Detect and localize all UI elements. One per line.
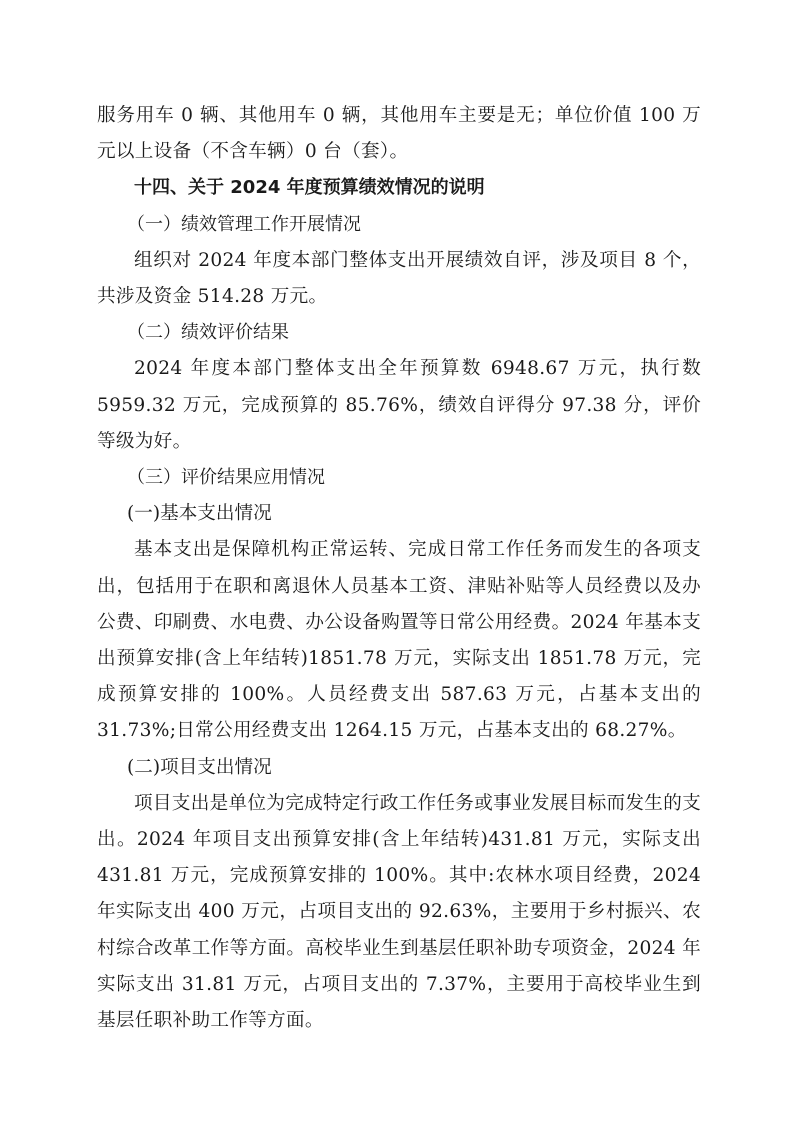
subheading-performance-management: （一）绩效管理工作开展情况 [97, 207, 701, 243]
paragraph-project-expenditure: 项目支出是单位为完成特定行政工作任务或事业发展目标而发生的支出。2024 年项目… [97, 786, 701, 1039]
subheading-project-expenditure: (二)项目支出情况 [97, 750, 701, 786]
paragraph-evaluation-results: 2024 年度本部门整体支出全年预算数 6948.67 万元，执行数 5959.… [97, 351, 701, 460]
paragraph-performance-management: 组织对 2024 年度本部门整体支出开展绩效自评，涉及项目 8 个，共涉及资金 … [97, 243, 701, 315]
section-heading-14: 十四、关于 2024 年度预算绩效情况的说明 [97, 170, 701, 206]
subheading-results-application: （三）评价结果应用情况 [97, 460, 701, 496]
subheading-basic-expenditure: (一)基本支出情况 [97, 496, 701, 532]
paragraph-vehicles-equipment: 服务用车 0 辆、其他用车 0 辆，其他用车主要是无；单位价值 100 万元以上… [97, 98, 701, 170]
paragraph-basic-expenditure: 基本支出是保障机构正常运转、完成日常工作任务而发生的各项支出，包括用于在职和离退… [97, 532, 701, 749]
subheading-evaluation-results: （二）绩效评价结果 [97, 315, 701, 351]
document-page: 服务用车 0 辆、其他用车 0 辆，其他用车主要是无；单位价值 100 万元以上… [97, 98, 701, 1039]
